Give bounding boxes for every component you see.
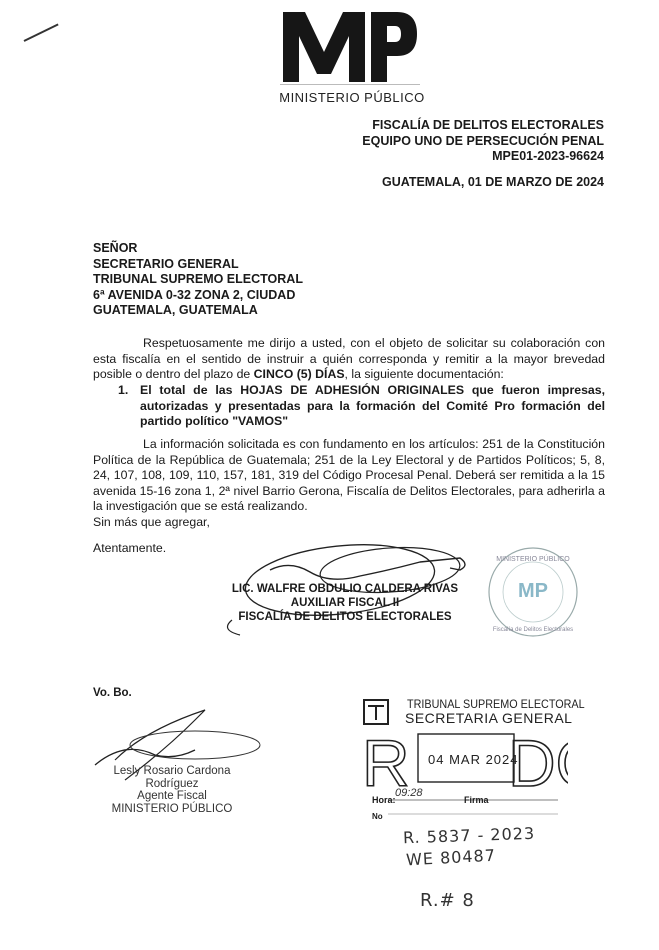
institution-name: MINISTERIO PÚBLICO [272, 90, 432, 105]
stamp-department: SECRETARIA GENERAL [405, 710, 572, 726]
approver-name: Lesly Rosario Cardona Rodríguez [97, 765, 247, 790]
stamp-hora-value: 09:28 [395, 787, 423, 799]
stamp-hora-label: Hora: [372, 795, 396, 805]
office-header: FISCALÍA DE DELITOS ELECTORALES EQUIPO U… [362, 118, 604, 165]
recipient-institution: TRIBUNAL SUPREMO ELECTORAL [93, 272, 303, 288]
mp-logo-icon [279, 4, 419, 84]
office-name: FISCALÍA DE DELITOS ELECTORALES [362, 118, 604, 134]
signatory-block: LIC. WALFRE OBDULIO CALDERA RIVAS AUXILI… [230, 582, 460, 624]
signatory-title: AUXILIAR FISCAL II [230, 596, 460, 610]
recipient-city: GUATEMALA, GUATEMALA [93, 303, 303, 319]
stamp-no-label: No [372, 812, 383, 821]
list-item: El total de las HOJAS DE ADHESIÓN ORIGIN… [140, 383, 605, 430]
legal-basis-paragraph: La información solicitada es con fundame… [93, 437, 605, 515]
approver-title: Agente Fiscal [97, 790, 247, 803]
approval-block: Lesly Rosario Cardona Rodríguez Agente F… [97, 765, 247, 815]
request-text-end: , la siguiente documentación: [345, 367, 504, 381]
svg-text:MP: MP [518, 580, 548, 602]
case-number: MPE01-2023-96624 [362, 149, 604, 165]
signatory-name: LIC. WALFRE OBDULIO CALDERA RIVAS [230, 582, 460, 596]
letter-date: GUATEMALA, 01 DE MARZO DE 2024 [382, 175, 604, 189]
handwritten-note: R. 5837 - 2023 [403, 824, 536, 848]
recipient-title: SECRETARIO GENERAL [93, 257, 303, 273]
handwritten-note: R.# 8 [420, 890, 475, 911]
stamp-firma-label: Firma [464, 795, 489, 805]
recipient-address: 6ª AVENIDA 0-32 ZONA 2, CIUDAD [93, 288, 303, 304]
list-number: 1. [118, 383, 128, 399]
legal-basis-text: La información solicitada es con fundame… [93, 437, 605, 513]
recipient-salutation: SEÑOR [93, 241, 303, 257]
recipient-block: SEÑOR SECRETARIO GENERAL TRIBUNAL SUPREM… [93, 241, 303, 319]
approval-label: Vo. Bo. [93, 687, 132, 699]
svg-text:Fiscalía de Delitos Electorale: Fiscalía de Delitos Electorales [493, 627, 573, 633]
stamp-institution: TRIBUNAL SUPREMO ELECTORAL [407, 697, 585, 711]
deadline: CINCO (5) DÍAS [254, 367, 345, 381]
logo-divider [280, 84, 420, 85]
svg-text:MINISTERIO PÚBLICO: MINISTERIO PÚBLICO [496, 554, 570, 563]
document-list: 1. El total de las HOJAS DE ADHESIÓN ORI… [118, 383, 605, 430]
regards-line: Atentamente. [93, 541, 166, 555]
stamp-date: 04 MAR 2024 [428, 752, 519, 767]
approver-institution: MINISTERIO PÚBLICO [97, 803, 247, 816]
request-paragraph: Respetuosamente me dirijo a usted, con e… [93, 336, 605, 383]
team-name: EQUIPO UNO DE PERSECUCIÓN PENAL [362, 134, 604, 150]
signatory-office: FISCALÍA DE DELITOS ELECTORALES [230, 610, 460, 624]
closing-line: Sin más que agregar, [93, 515, 210, 529]
pen-mark [24, 23, 59, 41]
handwritten-note: WE 80487 [406, 846, 497, 870]
official-seal-icon: MP MINISTERIO PÚBLICO Fiscalía de Delito… [486, 545, 581, 640]
